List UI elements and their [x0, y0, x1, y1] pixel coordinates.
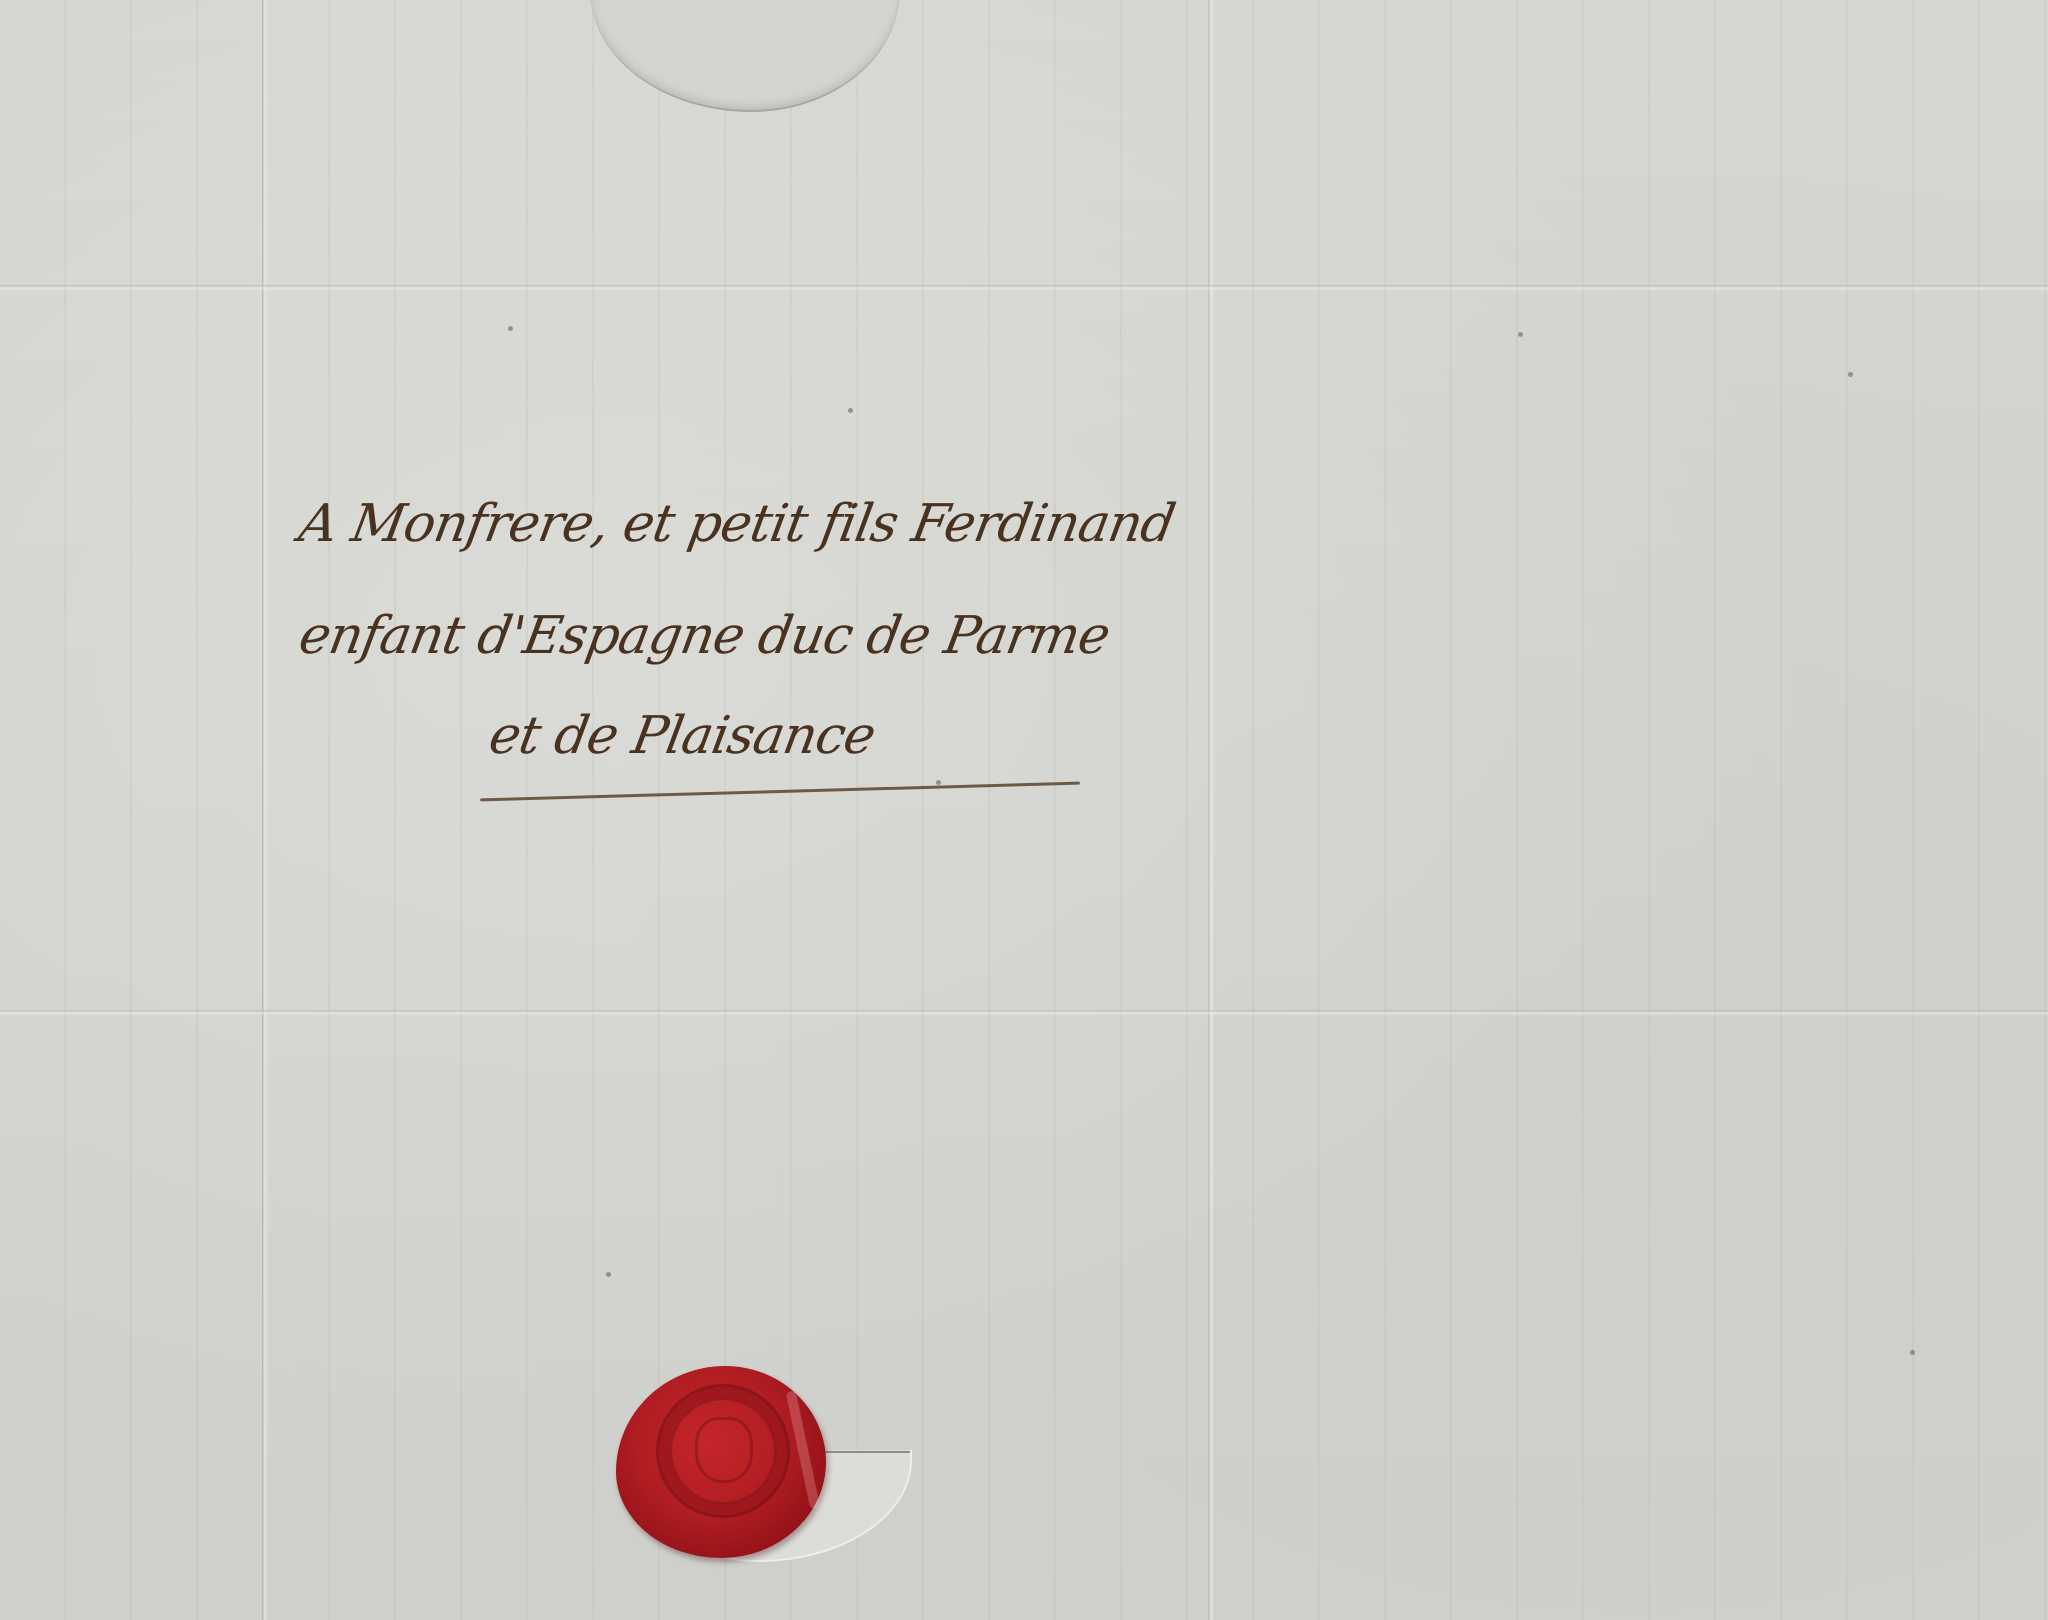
paper-chain-lines	[0, 0, 2048, 1620]
torn-seal-flap	[590, 0, 900, 112]
address-line-2: enfant d'Espagne duc de Parme	[295, 610, 1113, 662]
seal-highlight	[786, 1390, 821, 1509]
letter-sheet: A Monfrere, et petit fils Ferdinand enfa…	[0, 0, 2048, 1620]
fold-line-vertical-center	[1208, 0, 1214, 1620]
paper-speck	[1518, 332, 1523, 337]
fold-line-horizontal-bottom	[0, 1010, 2048, 1016]
fold-line-vertical-left	[262, 0, 268, 1620]
wax-seal	[616, 1366, 826, 1558]
paper-speck	[1848, 372, 1853, 377]
fold-line-horizontal-top	[0, 285, 2048, 291]
paper-speck	[606, 1272, 611, 1277]
paper-speck	[936, 780, 941, 785]
seal-paper-slit	[820, 1451, 910, 1453]
seal-emblem-icon	[656, 1384, 790, 1518]
paper-speck	[1910, 1350, 1915, 1355]
address-line-1: A Monfrere, et petit fils Ferdinand	[295, 498, 1178, 550]
address-underline	[480, 782, 1080, 802]
address-line-3: et de Plaisance	[485, 710, 878, 762]
paper-speck	[508, 326, 513, 331]
paper-speck	[848, 408, 853, 413]
